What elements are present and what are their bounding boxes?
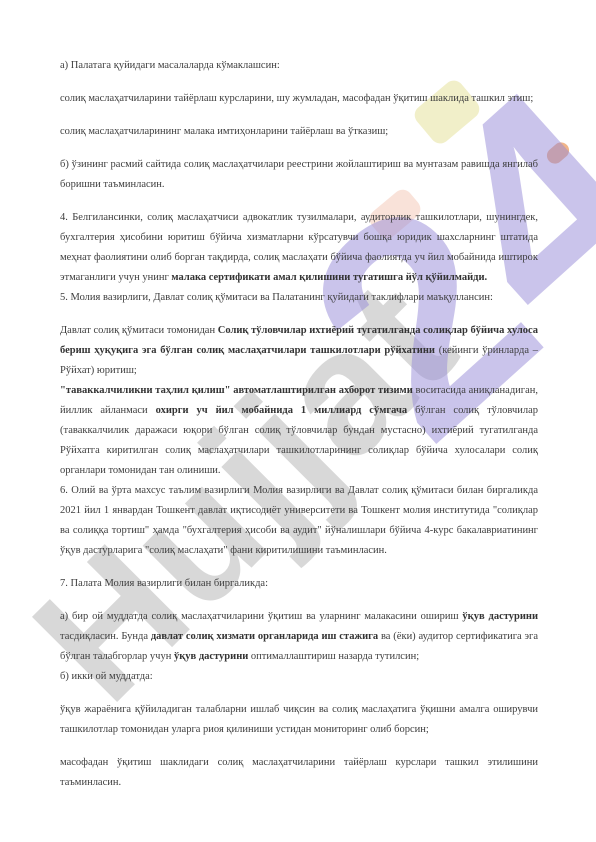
paragraph: а) Палатага қуйидаги масалаларда кўмакла… (60, 56, 538, 76)
paragraph: масофадан ўқитиш шаклидаги солиқ маслаҳа… (60, 753, 538, 793)
paragraph: 7. Палата Молия вазирлиги билан биргалик… (60, 574, 538, 594)
paragraph: б) ўзининг расмий сайтида солиқ маслаҳат… (60, 155, 538, 195)
paragraph: 4. Белгилансинки, солиқ маслаҳатчиси адв… (60, 208, 538, 288)
paragraph: б) икки ой муддатда: (60, 667, 538, 687)
paragraph: "таваккалчиликни таҳлил қилиш" автоматла… (60, 381, 538, 481)
document-page: Hujjat 24 а) Палатага қуйидаги масалалар… (0, 0, 596, 842)
paragraph: Давлат солиқ қўмитаси томонидан Солиқ тў… (60, 321, 538, 381)
paragraph: ўқув жараёнига қўйиладиган талабларни иш… (60, 700, 538, 740)
paragraph: солиқ маслаҳатчиларининг малака имтиҳонл… (60, 122, 538, 142)
paragraph: солиқ маслаҳатчиларини тайёрлаш курслари… (60, 89, 538, 109)
paragraph: 6. Олий ва ўрта махсус таълим вазирлиги … (60, 481, 538, 561)
watermark-color-blob (544, 139, 573, 167)
paragraph: а) бир ой муддатда солиқ маслаҳатчиларин… (60, 607, 538, 667)
document-body: а) Палатага қуйидаги масалаларда кўмакла… (60, 56, 538, 793)
paragraph: 5. Молия вазирлиги, Давлат солиқ қўмитас… (60, 288, 538, 308)
